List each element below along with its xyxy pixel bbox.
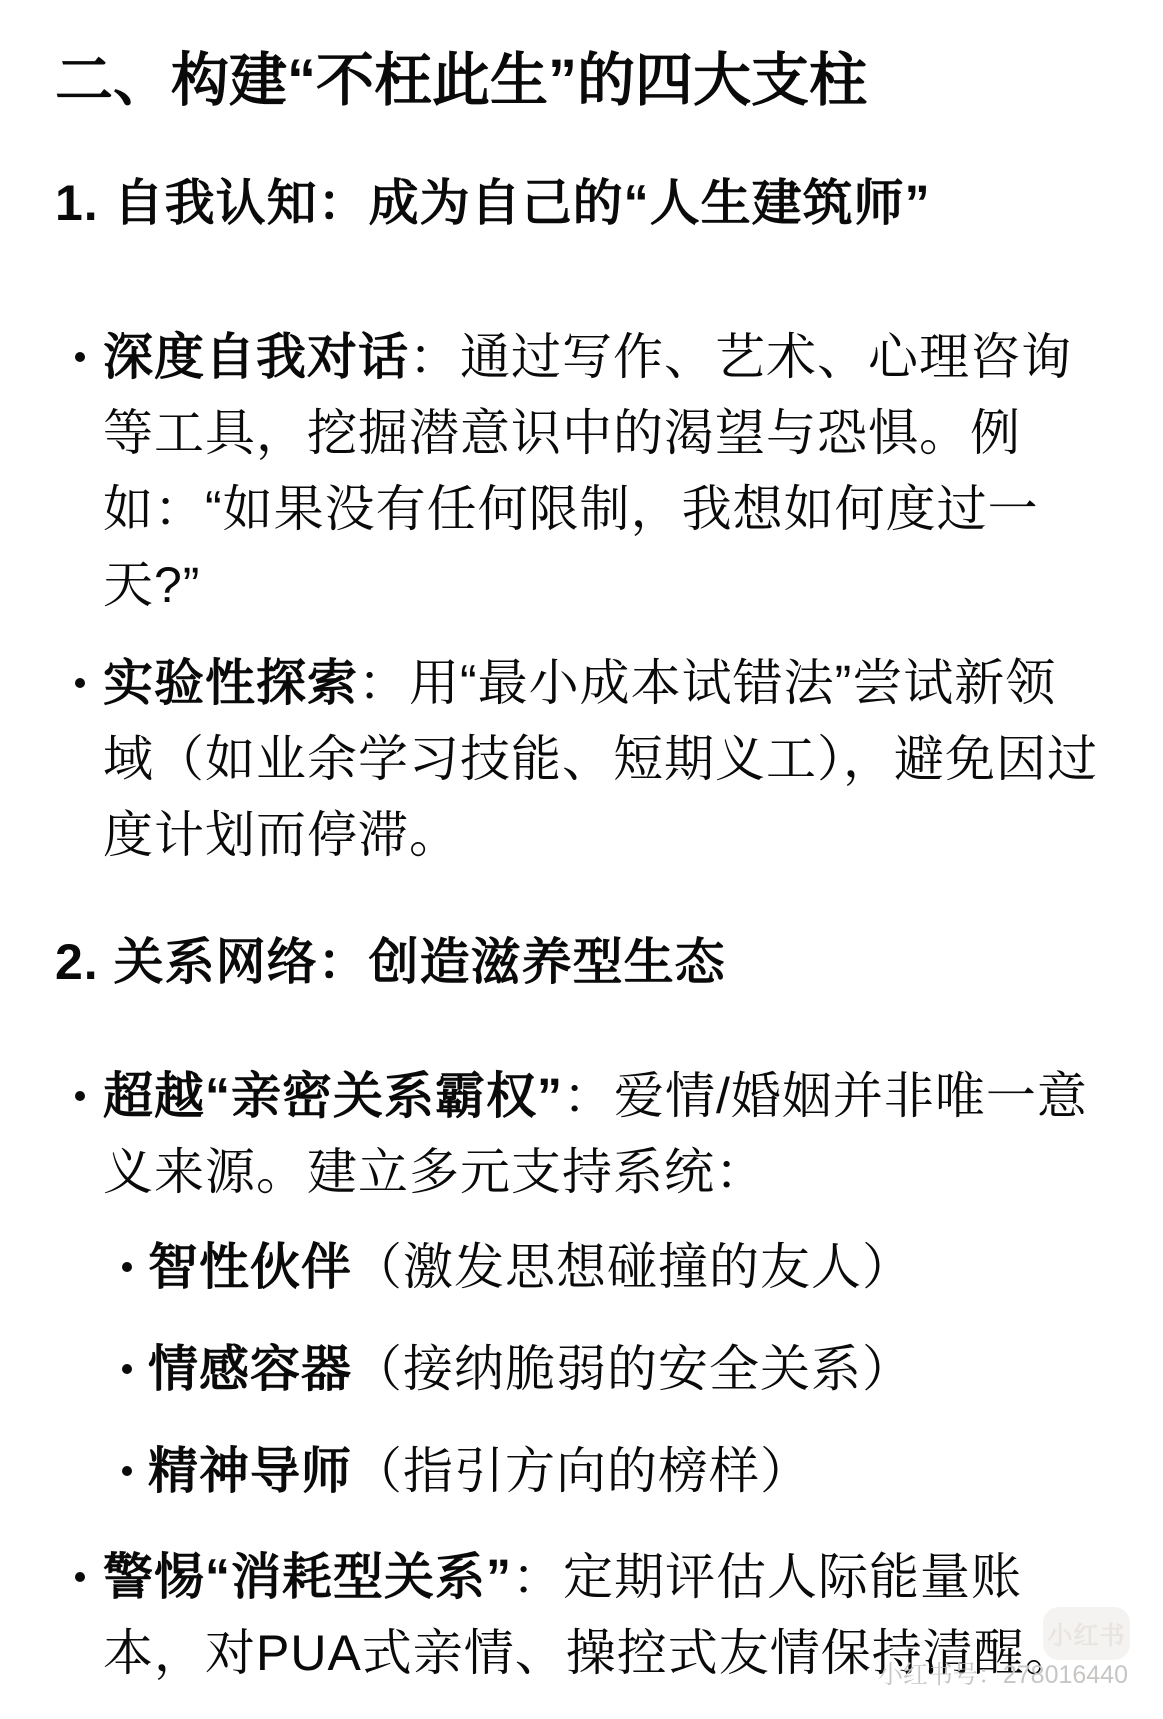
bullet-dot-icon (75, 1572, 85, 1582)
xiaohongshu-account-watermark: 小红书号：278016440 (878, 1662, 1128, 1688)
bold-text-segment: 精神导师 (148, 1443, 352, 1499)
bullet-item: 智性伙伴（激发思想碰撞的友人） (148, 1229, 1163, 1305)
bold-text-segment: 情感容器 (148, 1341, 352, 1397)
bold-text-segment: 实验性探索 (103, 655, 358, 711)
section-title: 二、构建“不枉此生”的四大支柱 (55, 48, 1163, 114)
note-page: 二、构建“不枉此生”的四大支柱 1. 自我认知：成为自己的“人生建筑师”深度自我… (0, 48, 1163, 1691)
bullet-item: 实验性探索：用“最小成本试错法”尝试新领域（如业余学习技能、短期义工），避免因过… (103, 645, 1163, 873)
text-line: 域（如业余学习技能、短期义工），避免因过 (103, 721, 1163, 797)
text-line: 等工具，挖掘潜意识中的渴望与恐惧。例 (103, 395, 1163, 471)
text-segment: ：定期评估人际能量账 (512, 1549, 1022, 1605)
text-segment: 等工具，挖掘潜意识中的渴望与恐惧。例 (103, 405, 1021, 461)
bullet-dot-icon (75, 1091, 85, 1101)
text-segment: （激发思想碰撞的友人） (352, 1239, 913, 1295)
text-line: 天?” (103, 547, 1163, 623)
text-segment: （指引方向的榜样） (352, 1443, 811, 1499)
bullet-item: 深度自我对话：通过写作、艺术、心理咨询等工具，挖掘潜意识中的渴望与恐惧。例如：“… (103, 319, 1163, 623)
bold-text-segment: 智性伙伴 (148, 1239, 352, 1295)
text-line: 深度自我对话：通过写作、艺术、心理咨询 (103, 319, 1163, 395)
text-segment: ：通过写作、艺术、心理咨询 (409, 329, 1072, 385)
text-segment: ：用“最小成本试错法”尝试新领 (358, 655, 1056, 711)
bold-text-segment: 警惕“消耗型关系” (103, 1549, 512, 1605)
text-line: 情感容器（接纳脆弱的安全关系） (148, 1331, 1163, 1407)
xiaohongshu-logo-watermark: 小红书 (1043, 1607, 1130, 1660)
text-segment: 度计划而停滞。 (103, 807, 460, 863)
text-line: 智性伙伴（激发思想碰撞的友人） (148, 1229, 1163, 1305)
text-line: 超越“亲密关系霸权”：爱情/婚姻并非唯一意 (103, 1058, 1163, 1134)
text-segment: 天?” (103, 557, 200, 613)
subsection-heading: 2. 关系网络：创造滋养型生态 (55, 932, 1163, 992)
text-line: 度计划而停滞。 (103, 797, 1163, 873)
xiaohongshu-logo-text: 小红书 (1047, 1616, 1125, 1652)
text-segment: 如：“如果没有任何限制，我想如何度过一 (103, 481, 1039, 537)
bullet-item: 超越“亲密关系霸权”：爱情/婚姻并非唯一意义来源。建立多元支持系统： (103, 1058, 1163, 1210)
text-segment: 义来源。建立多元支持系统： (103, 1144, 766, 1200)
bullet-dot-icon (122, 1364, 132, 1374)
text-segment: （接纳脆弱的安全关系） (352, 1341, 913, 1397)
bullet-dot-icon (122, 1262, 132, 1272)
bullet-dot-icon (122, 1466, 132, 1476)
text-line: 实验性探索：用“最小成本试错法”尝试新领 (103, 645, 1163, 721)
text-line: 精神导师（指引方向的榜样） (148, 1433, 1163, 1509)
bullet-dot-icon (75, 352, 85, 362)
bullet-item: 精神导师（指引方向的榜样） (148, 1433, 1163, 1509)
bullet-dot-icon (75, 678, 85, 688)
text-segment: 域（如业余学习技能、短期义工），避免因过 (103, 731, 1098, 787)
text-segment: ：爱情/婚姻并非唯一意 (563, 1068, 1088, 1124)
bullet-item: 情感容器（接纳脆弱的安全关系） (148, 1331, 1163, 1407)
text-line: 如：“如果没有任何限制，我想如何度过一 (103, 471, 1163, 547)
text-line: 警惕“消耗型关系”：定期评估人际能量账 (103, 1539, 1163, 1615)
bold-text-segment: 深度自我对话 (103, 329, 409, 385)
bold-text-segment: 超越“亲密关系霸权” (103, 1068, 563, 1124)
text-line: 义来源。建立多元支持系统： (103, 1134, 1163, 1210)
subsection-heading: 1. 自我认知：成为自己的“人生建筑师” (55, 173, 1163, 233)
article-body: 1. 自我认知：成为自己的“人生建筑师”深度自我对话：通过写作、艺术、心理咨询等… (0, 173, 1163, 1691)
